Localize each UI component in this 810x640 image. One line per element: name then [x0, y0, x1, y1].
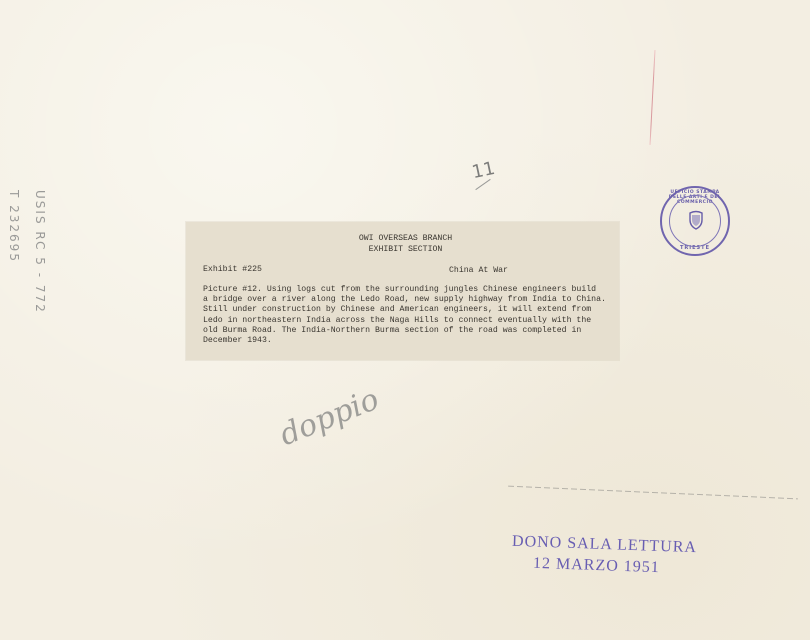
- exhibit-number: Exhibit #225: [203, 265, 262, 275]
- round-ink-stamp: UFFICIO STAMPA DELLE ARTI E DEL COMMERCI…: [660, 186, 730, 256]
- stamp-bottom-text: TRIESTE: [662, 245, 728, 251]
- caption-text: Picture #12. Using logs cut from the sur…: [203, 285, 613, 346]
- caption-label: OWI OVERSEAS BRANCH EXHIBIT SECTION Exhi…: [186, 222, 619, 360]
- heading-branch: OWI OVERSEAS BRANCH: [186, 234, 619, 245]
- shield-emblem-icon: [688, 210, 704, 230]
- heading-section: EXHIBIT SECTION: [186, 245, 619, 256]
- archive-number-usis: USIS RC 5 - 772: [33, 190, 47, 314]
- label-heading: OWI OVERSEAS BRANCH EXHIBIT SECTION: [186, 234, 619, 255]
- series-title: China At War: [449, 266, 508, 276]
- stamp-ring-text: UFFICIO STAMPA DELLE ARTI E DEL COMMERCI…: [662, 190, 728, 205]
- archive-number-t: T 232695: [7, 190, 21, 263]
